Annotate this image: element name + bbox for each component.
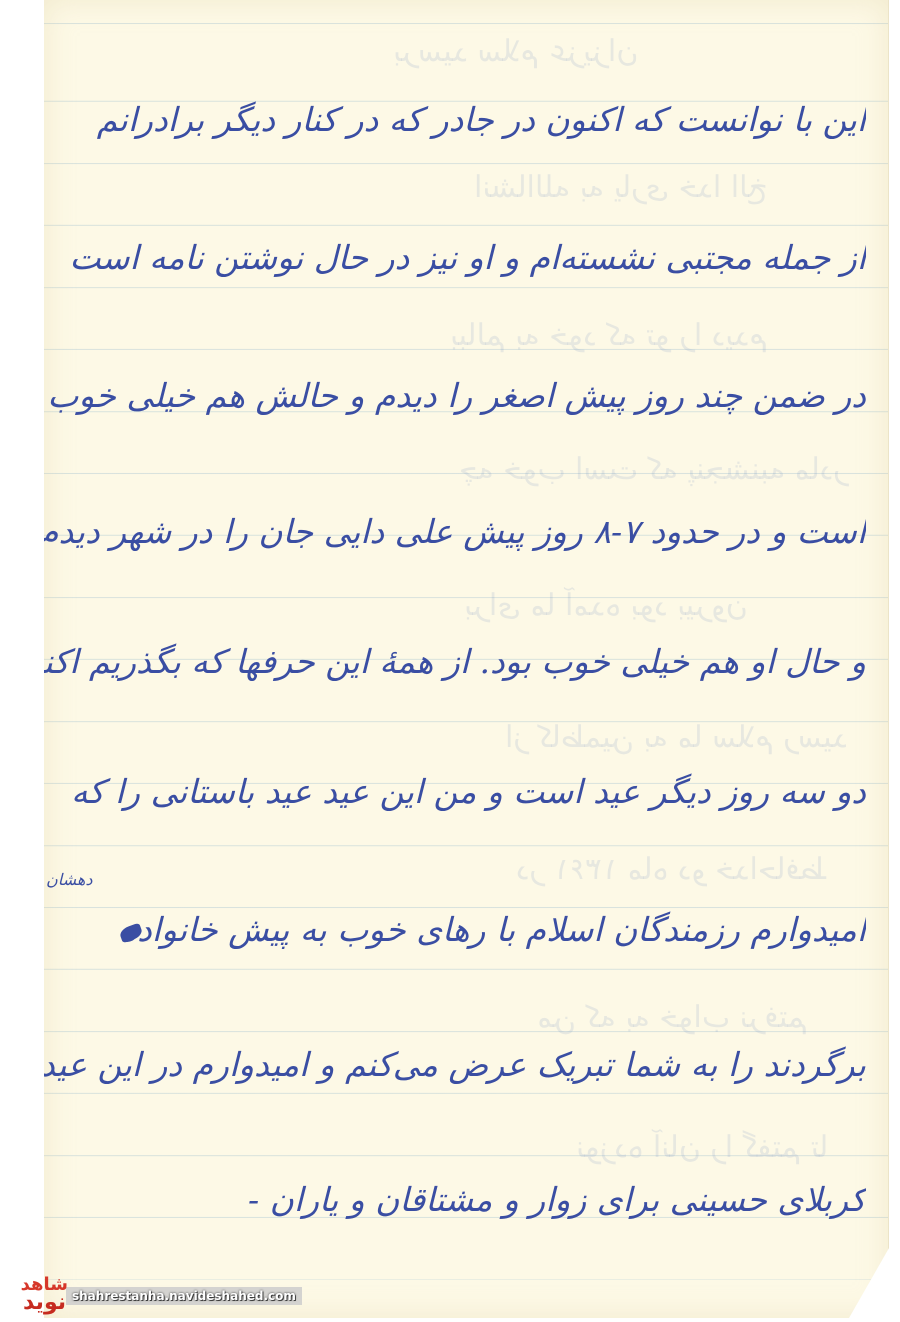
- navideshahed-logo: شاهد نوید: [14, 1276, 70, 1316]
- bleed-through-text: انشاالله به یاری خدا الخ: [474, 170, 768, 205]
- letter-page: برسید سلام عزیزان انشاالله به یاری خدا ا…: [44, 0, 889, 1318]
- letter-line-8: برگردند را به شما تبریک عرض می‌کنم و امی…: [44, 1045, 866, 1084]
- margin-note: دهشان: [46, 870, 92, 889]
- bleed-through-text: برای ما آمده بود بیرون: [464, 588, 748, 623]
- bleed-through-text: نوزده آنان را گفتم تا: [576, 1130, 828, 1165]
- bleed-through-text: ببالم به خود که تو را دیدم: [450, 318, 768, 353]
- bleed-through-text: برسید سلام عزیزان: [393, 34, 638, 69]
- letter-line-5: و حال او هم خیلی خوب بود. از همهٔ این حر…: [44, 642, 866, 681]
- letter-line-9: کربلای حسینی برای زوار و مشتاقان و یاران…: [194, 1180, 866, 1219]
- bleed-through-text: چه خوب است که پنجشنبه مادر: [459, 452, 848, 487]
- letter-line-3: در ضمن چند روز پیش اصغر را دیدم و حالش ه…: [44, 376, 866, 415]
- watermark-url: shahrestanha.navideshahed.com: [66, 1287, 302, 1305]
- bleed-through-text: از کاظمین به ما سلام رسید: [505, 720, 848, 755]
- bleed-through-text: من که به خواب نرفتم: [537, 1000, 808, 1035]
- bleed-through-text: در ۱۳۶۱ ماه دو خداحافظ: [516, 852, 828, 887]
- letter-line-1: این با نوانست که اکنون در جادر که در کنا…: [44, 100, 866, 139]
- logo-text-bottom: نوید: [23, 1292, 66, 1314]
- letter-line-4: است و در حدود ۷-۸ روز پیش علی دایی جان ر…: [44, 512, 866, 551]
- watermark: شاهد نوید shahrestanha.navideshahed.com: [14, 1276, 302, 1316]
- letter-line-7: امیدوارم رزمندگان اسلام با رهای خوب به پ…: [44, 910, 866, 949]
- letter-line-2: از جمله مجتبی نشسته‌ام و او نیز در حال ن…: [44, 238, 866, 277]
- letter-line-6: دو سه روز دیگر عید است و من این عید عید …: [44, 772, 866, 811]
